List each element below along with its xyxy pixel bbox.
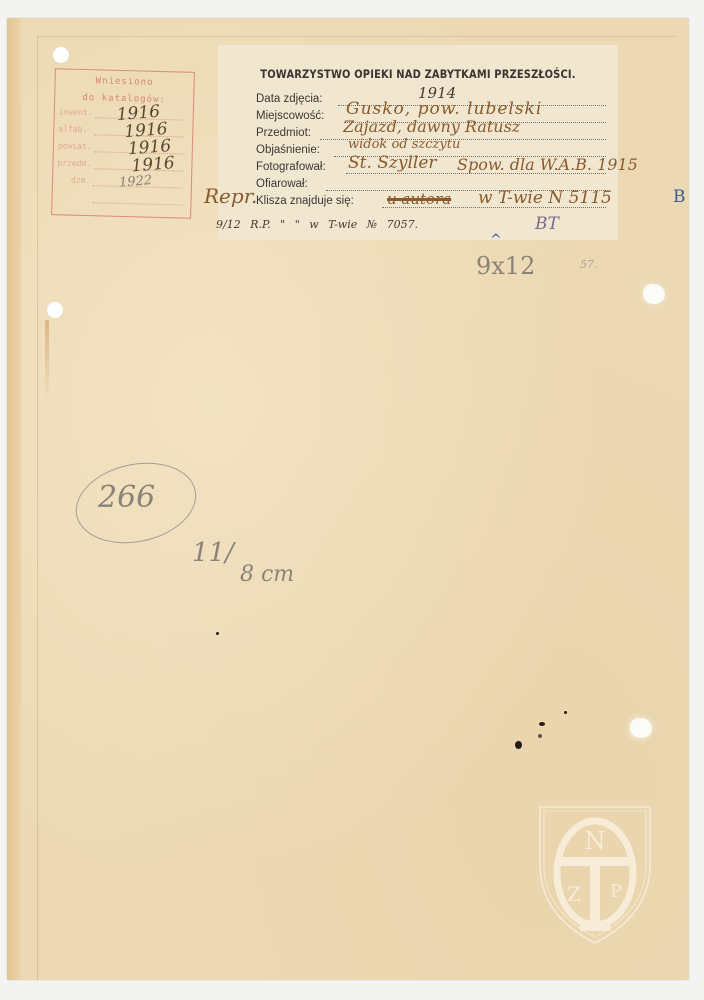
field-label: Ofiarował:: [256, 178, 308, 190]
handwritten-subject: Zajazd, dawny Ratusz: [343, 117, 520, 136]
stamp-row-label: alfab.: [58, 124, 87, 134]
ink-spot: [216, 632, 219, 635]
stamp-title-line1: Wniesiono: [55, 74, 193, 90]
svg-text:N: N: [585, 827, 606, 855]
pencil-circled-number: 266: [98, 480, 155, 515]
stamp-row-empty: [52, 188, 190, 209]
torn-hole-upper: [643, 284, 665, 304]
pencil-dimensions-bottom: 8 cm: [240, 562, 294, 587]
field-label: Data zdjęcia:: [256, 93, 322, 105]
handwritten-bottom-note: 9/12 R.P. " " w T-wie № 7057.: [216, 218, 418, 231]
ink-spot: [564, 711, 567, 714]
dotted-line: [92, 202, 182, 205]
ink-spot: [515, 741, 522, 749]
stamp-row-label: inwent.: [59, 107, 93, 117]
handwritten-negative-location: w T-wie N 5115: [478, 188, 612, 208]
field-label: Fotografował:: [256, 161, 326, 173]
torn-hole-lower: [630, 718, 652, 738]
stamp-row-label: dzm.: [71, 176, 90, 186]
handwritten-suffix-b: B: [673, 187, 686, 207]
stamp-row-value: 1922: [118, 173, 152, 191]
water-stain: [45, 320, 49, 400]
ink-spot: [538, 734, 542, 738]
handwritten-repr-note: Repr.: [204, 184, 257, 208]
pencil-size-note: 9x12: [476, 252, 535, 280]
blue-caret-mark: ^: [490, 232, 502, 248]
handwritten-photographer: St. Szyller: [348, 153, 437, 173]
field-label: Klisza znajduje się:: [256, 195, 354, 207]
handwritten-explanation: widok od szczytu: [348, 137, 460, 152]
watermark-shield-icon: N Z P: [536, 805, 654, 945]
pencil-small-number: 57.: [580, 258, 598, 271]
stamp-row-label: przedm.: [57, 158, 91, 168]
field-label: Miejscowość:: [256, 110, 324, 122]
handwritten-bottom-suffix: BT: [535, 214, 559, 234]
handwritten-struck-text: u autora: [387, 190, 451, 208]
handwritten-location: Gusko, pow. lubelski: [346, 99, 542, 119]
handwritten-photographer-note: Spow. dla W.A.B. 1915: [457, 155, 638, 174]
sheet-binding-edge: [7, 18, 21, 980]
pencil-dimensions-top: 11/: [192, 538, 234, 568]
field-label: Przedmiot:: [256, 127, 311, 139]
punch-hole-top: [53, 47, 69, 63]
stamp-row-label: powiat.: [58, 141, 92, 151]
svg-text:P: P: [610, 881, 622, 902]
ink-spot: [539, 722, 545, 726]
svg-text:Z: Z: [567, 882, 581, 906]
punch-hole-middle: [47, 302, 63, 318]
catalog-stamp: Wniesiono do katalogów: inwent. 1916 alf…: [51, 68, 195, 219]
card-title: TOWARZYSTWO OPIEKI NAD ZABYTKAMI PRZESZŁ…: [246, 67, 590, 81]
field-label: Objaśnienie:: [256, 144, 320, 156]
